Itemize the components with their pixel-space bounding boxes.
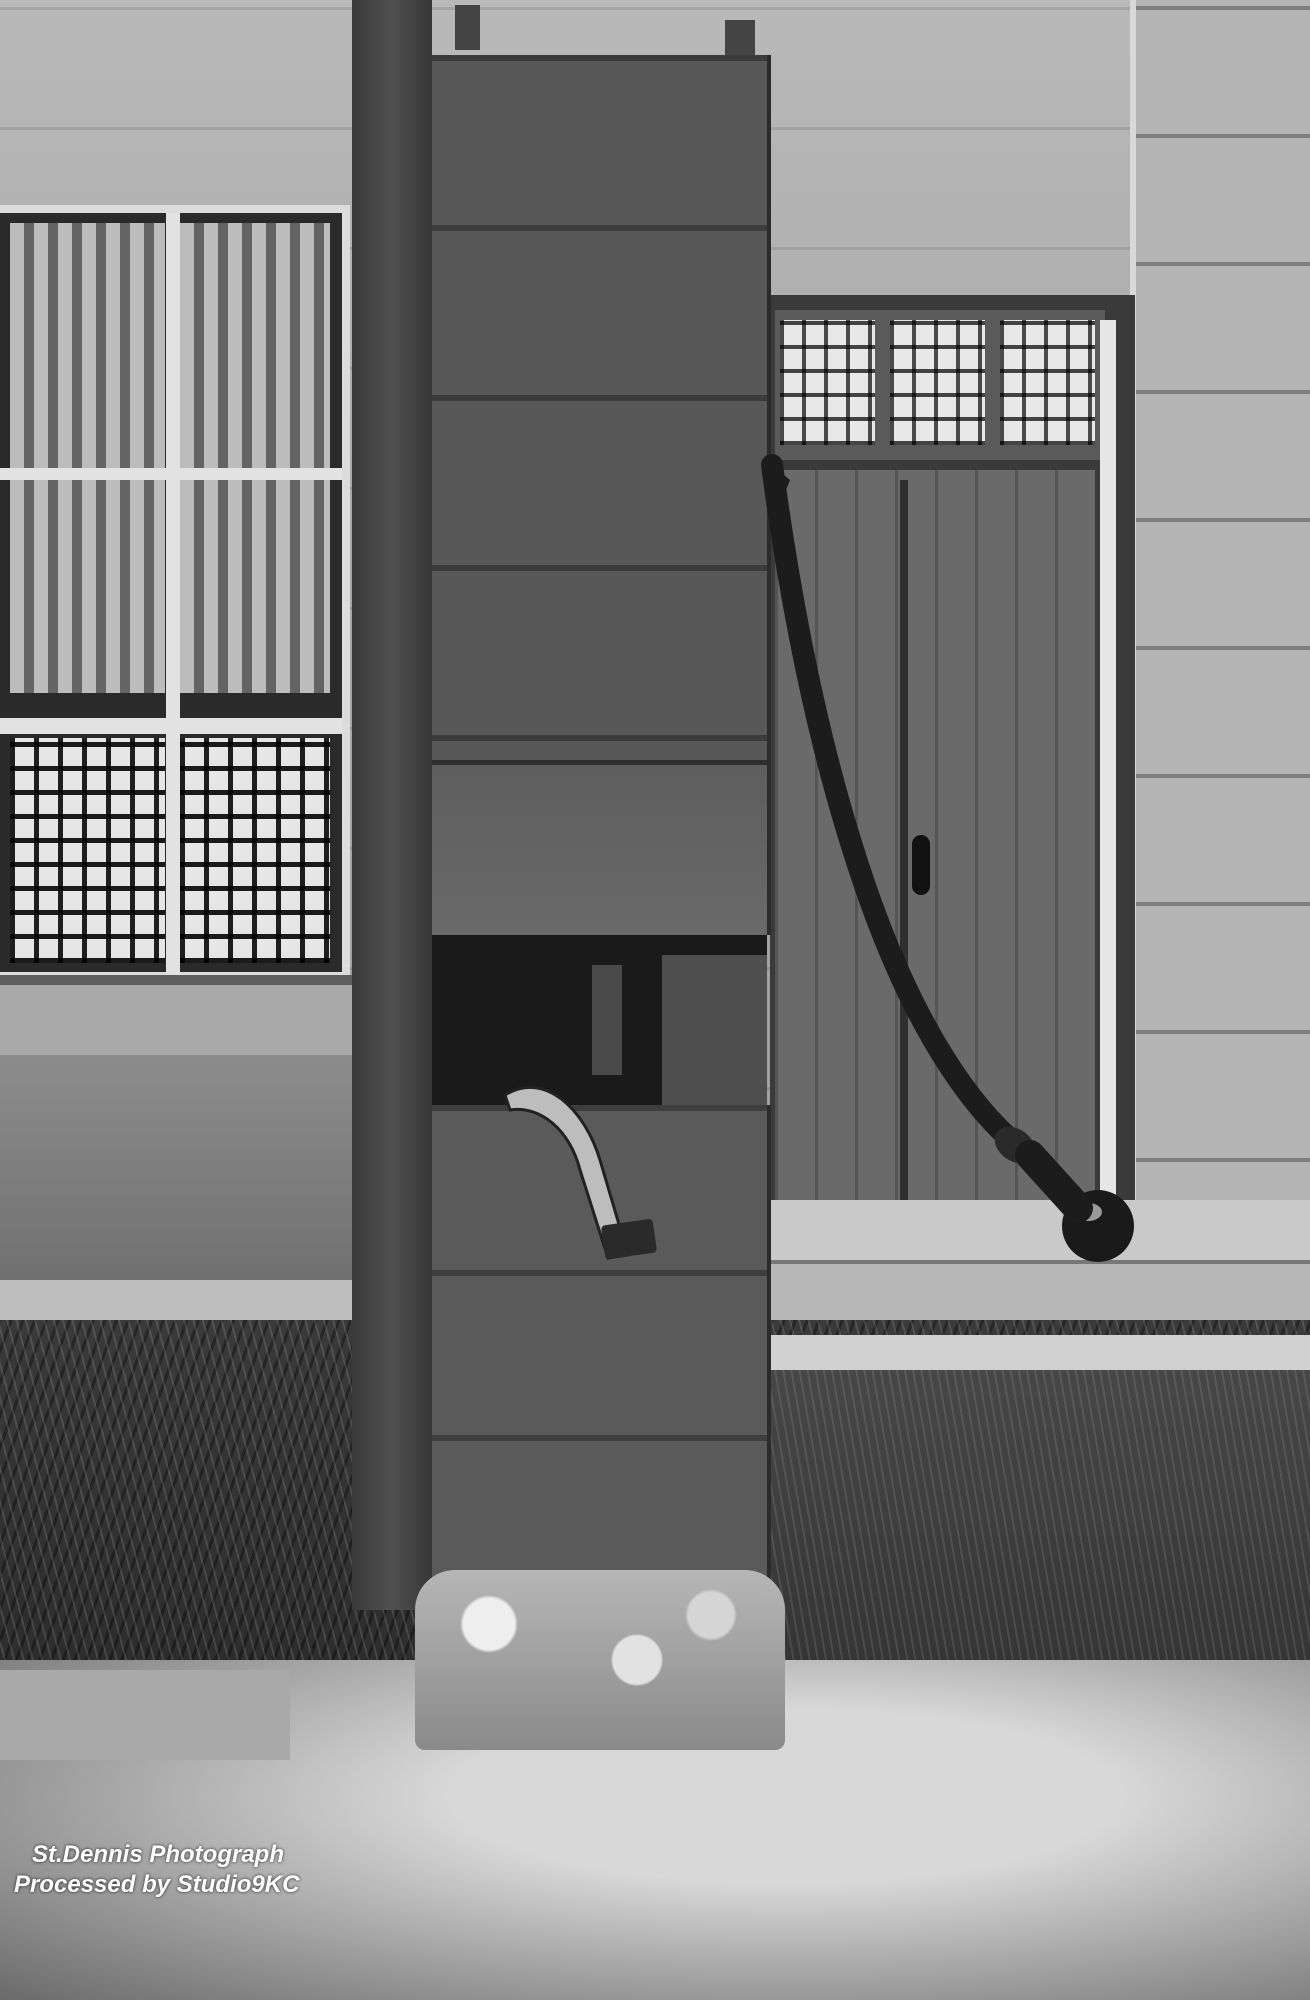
- pump-handle-icon: [772, 465, 1030, 1155]
- watermark-line-2: Processed by Studio9KC: [14, 1870, 299, 1900]
- spout-collar: [601, 1219, 657, 1260]
- pump-metalwork: [0, 0, 1310, 2000]
- watermark: St.Dennis Photograph Processed by Studio…: [14, 1840, 299, 1900]
- photograph: St.Dennis Photograph Processed by Studio…: [0, 0, 1310, 2000]
- watermark-line-1: St.Dennis Photograph: [14, 1840, 299, 1870]
